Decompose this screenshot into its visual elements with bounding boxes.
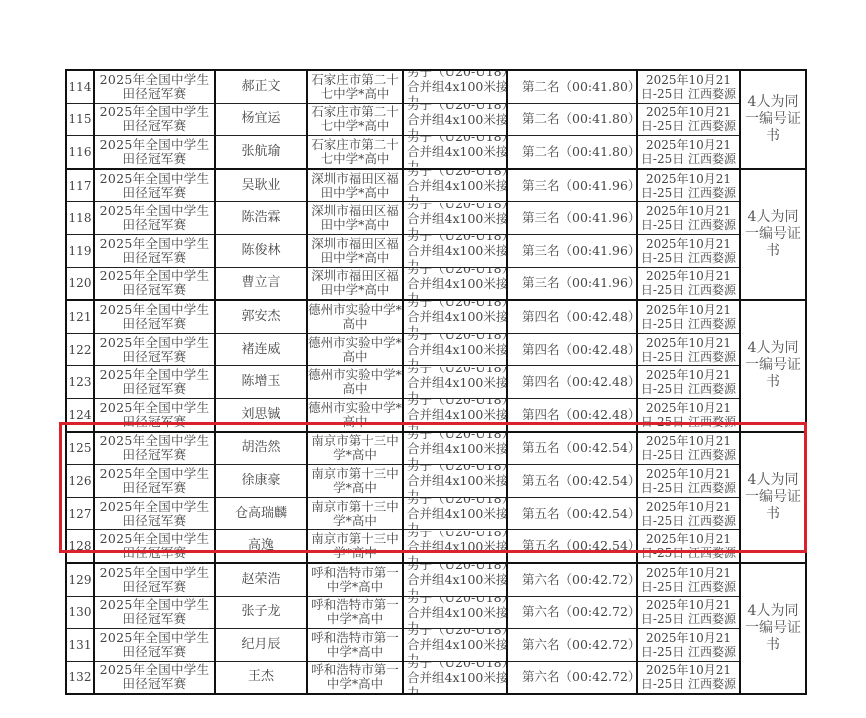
event-text: 男子（U20-U18）合并组4x100米接力 xyxy=(407,170,506,201)
event-line: 合并组4x100米接 xyxy=(407,310,506,324)
table-row: 1172025年全国中学生田径冠军赛吴耿业深圳市福田区福田中学*高中男子（U20… xyxy=(66,169,806,202)
certificate-note: 4人为同一编号证书 xyxy=(740,563,806,694)
event-line: 力 xyxy=(407,621,420,628)
event-text: 男子（U20-U18）合并组4x100米接力 xyxy=(407,433,506,464)
event-cell: 男子（U20-U18）合并组4x100米接力 xyxy=(403,136,507,169)
table-row: 1322025年全国中学生田径冠军赛王杰呼和浩特市第一中学*高中男子（U20-U… xyxy=(66,661,806,694)
event-line: 力 xyxy=(407,457,420,464)
event-line: 男子（U20-U18） xyxy=(407,399,506,407)
event-line: 力 xyxy=(407,522,420,529)
competition-cell: 2025年全国中学生田径冠军赛 xyxy=(94,300,215,333)
event-line: 力 xyxy=(407,588,420,595)
table-row: 1272025年全国中学生田径冠军赛仓高瑞麟南京市第十三中学*高中男子（U20-… xyxy=(66,497,806,530)
event-line: 合并组4x100米接 xyxy=(407,474,506,488)
rank-result: 第二名（00:41.80） xyxy=(507,103,637,136)
event-text: 男子（U20-U18）合并组4x100米接力 xyxy=(407,564,506,595)
certificate-note: 4人为同一编号证书 xyxy=(740,432,806,563)
school-cell: 德州市实验中学*高中 xyxy=(307,366,403,399)
date-place: 2025年10月21日-25日 江西婺源 xyxy=(637,366,740,399)
event-cell: 男子（U20-U18）合并组4x100米接力 xyxy=(403,596,507,629)
school-cell: 呼和浩特市第一中学*高中 xyxy=(307,563,403,596)
row-index: 125 xyxy=(66,432,94,465)
event-line: 男子（U20-U18） xyxy=(407,235,506,243)
results-table-body: 1142025年全国中学生田径冠军赛郝正文石家庄市第二十七中学*高中男子（U20… xyxy=(66,70,806,694)
rank-result: 第六名（00:42.72） xyxy=(507,629,637,662)
table-row: 1192025年全国中学生田径冠军赛陈俊林深圳市福田区福田中学*高中男子（U20… xyxy=(66,234,806,267)
event-line: 男子（U20-U18） xyxy=(407,203,506,211)
school-cell: 南京市第十三中学*高中 xyxy=(307,497,403,530)
rank-result: 第五名（00:42.54） xyxy=(507,465,637,498)
athlete-name: 高逸 xyxy=(215,530,307,563)
school-cell: 南京市第十三中学*高中 xyxy=(307,530,403,563)
event-text: 男子（U20-U18）合并组4x100米接力 xyxy=(407,203,506,234)
event-text: 男子（U20-U18）合并组4x100米接力 xyxy=(407,367,506,398)
date-place: 2025年10月21日-25日 江西婺源 xyxy=(637,333,740,366)
row-index: 122 xyxy=(66,333,94,366)
rank-result: 第二名（00:41.80） xyxy=(507,70,637,103)
event-line: 男子（U20-U18） xyxy=(407,367,506,375)
athlete-name: 曹立言 xyxy=(215,267,307,300)
competition-cell: 2025年全国中学生田径冠军赛 xyxy=(94,432,215,465)
table-row: 1302025年全国中学生田径冠军赛张子龙呼和浩特市第一中学*高中男子（U20-… xyxy=(66,596,806,629)
event-line: 合并组4x100米接 xyxy=(407,277,506,291)
event-text: 男子（U20-U18）合并组4x100米接力 xyxy=(407,662,506,693)
school-cell: 深圳市福田区福田中学*高中 xyxy=(307,267,403,300)
event-line: 男子（U20-U18） xyxy=(407,104,506,112)
event-line: 力 xyxy=(407,95,420,102)
table-row: 1252025年全国中学生田径冠军赛胡浩然南京市第十三中学*高中男子（U20-U… xyxy=(66,432,806,465)
row-index: 129 xyxy=(66,563,94,596)
date-place: 2025年10月21日-25日 江西婺源 xyxy=(637,661,740,694)
event-cell: 男子（U20-U18）合并组4x100米接力 xyxy=(403,234,507,267)
event-cell: 男子（U20-U18）合并组4x100米接力 xyxy=(403,661,507,694)
rank-result: 第三名（00:41.96） xyxy=(507,234,637,267)
event-line: 力 xyxy=(407,423,420,430)
event-line: 力 xyxy=(407,555,420,562)
table-row: 1222025年全国中学生田径冠军赛褚连威德州市实验中学*高中男子（U20-U1… xyxy=(66,333,806,366)
table-row: 1142025年全国中学生田径冠军赛郝正文石家庄市第二十七中学*高中男子（U20… xyxy=(66,70,806,103)
school-cell: 呼和浩特市第一中学*高中 xyxy=(307,661,403,694)
competition-cell: 2025年全国中学生田径冠军赛 xyxy=(94,398,215,431)
event-line: 男子（U20-U18） xyxy=(407,597,506,605)
competition-cell: 2025年全国中学生田径冠军赛 xyxy=(94,530,215,563)
rank-result: 第二名（00:41.80） xyxy=(507,136,637,169)
row-index: 119 xyxy=(66,234,94,267)
row-index: 132 xyxy=(66,661,94,694)
athlete-name: 陈浩霖 xyxy=(215,202,307,235)
athlete-name: 赵荣浩 xyxy=(215,563,307,596)
competition-cell: 2025年全国中学生田径冠军赛 xyxy=(94,136,215,169)
date-place: 2025年10月21日-25日 江西婺源 xyxy=(637,432,740,465)
competition-cell: 2025年全国中学生田径冠军赛 xyxy=(94,169,215,202)
school-cell: 南京市第十三中学*高中 xyxy=(307,432,403,465)
athlete-name: 褚连威 xyxy=(215,333,307,366)
school-cell: 石家庄市第二十七中学*高中 xyxy=(307,103,403,136)
rank-result: 第四名（00:42.48） xyxy=(507,366,637,399)
event-line: 力 xyxy=(407,128,420,135)
rank-result: 第三名（00:41.96） xyxy=(507,169,637,202)
competition-cell: 2025年全国中学生田径冠军赛 xyxy=(94,596,215,629)
event-line: 力 xyxy=(407,194,420,201)
event-cell: 男子（U20-U18）合并组4x100米接力 xyxy=(403,398,507,431)
event-line: 力 xyxy=(407,653,420,660)
event-line: 合并组4x100米接 xyxy=(407,343,506,357)
rank-result: 第六名（00:42.72） xyxy=(507,563,637,596)
row-index: 128 xyxy=(66,530,94,563)
row-index: 131 xyxy=(66,629,94,662)
event-line: 力 xyxy=(407,325,420,332)
athlete-name: 王杰 xyxy=(215,661,307,694)
row-index: 114 xyxy=(66,70,94,103)
event-cell: 男子（U20-U18）合并组4x100米接力 xyxy=(403,300,507,333)
event-line: 合并组4x100米接 xyxy=(407,80,506,94)
athlete-name: 张航瑜 xyxy=(215,136,307,169)
event-line: 力 xyxy=(407,259,420,266)
row-index: 126 xyxy=(66,465,94,498)
event-line: 合并组4x100米接 xyxy=(407,113,506,127)
school-cell: 深圳市福田区福田中学*高中 xyxy=(307,234,403,267)
event-cell: 男子（U20-U18）合并组4x100米接力 xyxy=(403,629,507,662)
event-text: 男子（U20-U18）合并组4x100米接力 xyxy=(407,399,506,430)
athlete-name: 刘思铖 xyxy=(215,398,307,431)
event-line: 男子（U20-U18） xyxy=(407,268,506,276)
rank-result: 第六名（00:42.72） xyxy=(507,661,637,694)
date-place: 2025年10月21日-25日 江西婺源 xyxy=(637,136,740,169)
table-row: 1242025年全国中学生田径冠军赛刘思铖德州市实验中学*高中男子（U20-U1… xyxy=(66,398,806,431)
competition-cell: 2025年全国中学生田径冠军赛 xyxy=(94,465,215,498)
table-row: 1182025年全国中学生田径冠军赛陈浩霖深圳市福田区福田中学*高中男子（U20… xyxy=(66,202,806,235)
row-index: 117 xyxy=(66,169,94,202)
competition-cell: 2025年全国中学生田径冠军赛 xyxy=(94,333,215,366)
event-line: 合并组4x100米接 xyxy=(407,408,506,422)
event-line: 男子（U20-U18） xyxy=(407,136,506,144)
athlete-name: 陈增玉 xyxy=(215,366,307,399)
competition-cell: 2025年全国中学生田径冠军赛 xyxy=(94,234,215,267)
rank-result: 第四名（00:42.48） xyxy=(507,300,637,333)
event-line: 男子（U20-U18） xyxy=(407,465,506,473)
event-line: 男子（U20-U18） xyxy=(407,170,506,178)
row-index: 130 xyxy=(66,596,94,629)
rank-result: 第五名（00:42.54） xyxy=(507,530,637,563)
competition-cell: 2025年全国中学生田径冠军赛 xyxy=(94,366,215,399)
event-cell: 男子（U20-U18）合并组4x100米接力 xyxy=(403,432,507,465)
school-cell: 石家庄市第二十七中学*高中 xyxy=(307,70,403,103)
date-place: 2025年10月21日-25日 江西婺源 xyxy=(637,70,740,103)
table-row: 1212025年全国中学生田径冠军赛郭安杰德州市实验中学*高中男子（U20-U1… xyxy=(66,300,806,333)
event-text: 男子（U20-U18）合并组4x100米接力 xyxy=(407,301,506,332)
table-row: 1282025年全国中学生田径冠军赛高逸南京市第十三中学*高中男子（U20-U1… xyxy=(66,530,806,563)
event-cell: 男子（U20-U18）合并组4x100米接力 xyxy=(403,202,507,235)
rank-result: 第三名（00:41.96） xyxy=(507,267,637,300)
row-index: 124 xyxy=(66,398,94,431)
certificate-note: 4人为同一编号证书 xyxy=(740,169,806,300)
rank-result: 第三名（00:41.96） xyxy=(507,202,637,235)
event-line: 力 xyxy=(407,391,420,398)
event-line: 合并组4x100米接 xyxy=(407,671,506,685)
event-line: 力 xyxy=(407,358,420,365)
date-place: 2025年10月21日-25日 江西婺源 xyxy=(637,267,740,300)
event-line: 男子（U20-U18） xyxy=(407,564,506,572)
row-index: 120 xyxy=(66,267,94,300)
school-cell: 德州市实验中学*高中 xyxy=(307,398,403,431)
table-row: 1312025年全国中学生田径冠军赛纪月辰呼和浩特市第一中学*高中男子（U20-… xyxy=(66,629,806,662)
school-cell: 呼和浩特市第一中学*高中 xyxy=(307,629,403,662)
event-line: 合并组4x100米接 xyxy=(407,606,506,620)
competition-cell: 2025年全国中学生田径冠军赛 xyxy=(94,497,215,530)
event-line: 力 xyxy=(407,292,420,299)
rank-result: 第四名（00:42.48） xyxy=(507,333,637,366)
table-row: 1292025年全国中学生田径冠军赛赵荣浩呼和浩特市第一中学*高中男子（U20-… xyxy=(66,563,806,596)
event-cell: 男子（U20-U18）合并组4x100米接力 xyxy=(403,70,507,103)
date-place: 2025年10月21日-25日 江西婺源 xyxy=(637,103,740,136)
event-line: 合并组4x100米接 xyxy=(407,638,506,652)
athlete-name: 徐康豪 xyxy=(215,465,307,498)
event-line: 男子（U20-U18） xyxy=(407,629,506,637)
row-index: 118 xyxy=(66,202,94,235)
athlete-name: 郭安杰 xyxy=(215,300,307,333)
event-line: 合并组4x100米接 xyxy=(407,212,506,226)
event-text: 男子（U20-U18）合并组4x100米接力 xyxy=(407,465,506,496)
table-row: 1162025年全国中学生田径冠军赛张航瑜石家庄市第二十七中学*高中男子（U20… xyxy=(66,136,806,169)
table-row: 1152025年全国中学生田径冠军赛杨宜运石家庄市第二十七中学*高中男子（U20… xyxy=(66,103,806,136)
school-cell: 深圳市福田区福田中学*高中 xyxy=(307,169,403,202)
event-cell: 男子（U20-U18）合并组4x100米接力 xyxy=(403,267,507,300)
certificate-note: 4人为同一编号证书 xyxy=(740,300,806,431)
event-line: 合并组4x100米接 xyxy=(407,573,506,587)
table-row: 1262025年全国中学生田径冠军赛徐康豪南京市第十三中学*高中男子（U20-U… xyxy=(66,465,806,498)
school-cell: 石家庄市第二十七中学*高中 xyxy=(307,136,403,169)
event-cell: 男子（U20-U18）合并组4x100米接力 xyxy=(403,563,507,596)
event-line: 力 xyxy=(407,160,420,167)
date-place: 2025年10月21日-25日 江西婺源 xyxy=(637,563,740,596)
row-index: 116 xyxy=(66,136,94,169)
event-text: 男子（U20-U18）合并组4x100米接力 xyxy=(407,136,506,167)
event-line: 合并组4x100米接 xyxy=(407,442,506,456)
event-line: 合并组4x100米接 xyxy=(407,507,506,521)
rank-result: 第五名（00:42.54） xyxy=(507,432,637,465)
athlete-name: 郝正文 xyxy=(215,70,307,103)
event-cell: 男子（U20-U18）合并组4x100米接力 xyxy=(403,333,507,366)
school-cell: 德州市实验中学*高中 xyxy=(307,333,403,366)
table-row: 1232025年全国中学生田径冠军赛陈增玉德州市实验中学*高中男子（U20-U1… xyxy=(66,366,806,399)
event-text: 男子（U20-U18）合并组4x100米接力 xyxy=(407,71,506,102)
event-cell: 男子（U20-U18）合并组4x100米接力 xyxy=(403,169,507,202)
date-place: 2025年10月21日-25日 江西婺源 xyxy=(637,234,740,267)
athlete-name: 杨宜运 xyxy=(215,103,307,136)
event-cell: 男子（U20-U18）合并组4x100米接力 xyxy=(403,465,507,498)
event-cell: 男子（U20-U18）合并组4x100米接力 xyxy=(403,530,507,563)
event-line: 男子（U20-U18） xyxy=(407,531,506,539)
event-text: 男子（U20-U18）合并组4x100米接力 xyxy=(407,629,506,660)
date-place: 2025年10月21日-25日 江西婺源 xyxy=(637,398,740,431)
event-text: 男子（U20-U18）合并组4x100米接力 xyxy=(407,334,506,365)
school-cell: 深圳市福田区福田中学*高中 xyxy=(307,202,403,235)
athlete-name: 仓高瑞麟 xyxy=(215,497,307,530)
date-place: 2025年10月21日-25日 江西婺源 xyxy=(637,596,740,629)
event-line: 男子（U20-U18） xyxy=(407,334,506,342)
event-line: 男子（U20-U18） xyxy=(407,433,506,441)
row-index: 123 xyxy=(66,366,94,399)
certificate-note: 4人为同一编号证书 xyxy=(740,70,806,169)
competition-cell: 2025年全国中学生田径冠军赛 xyxy=(94,629,215,662)
event-line: 力 xyxy=(407,227,420,234)
event-cell: 男子（U20-U18）合并组4x100米接力 xyxy=(403,497,507,530)
event-line: 合并组4x100米接 xyxy=(407,540,506,554)
date-place: 2025年10月21日-25日 江西婺源 xyxy=(637,465,740,498)
date-place: 2025年10月21日-25日 江西婺源 xyxy=(637,169,740,202)
event-line: 力 xyxy=(407,686,420,693)
event-text: 男子（U20-U18）合并组4x100米接力 xyxy=(407,531,506,562)
athlete-name: 胡浩然 xyxy=(215,432,307,465)
event-text: 男子（U20-U18）合并组4x100米接力 xyxy=(407,104,506,135)
competition-cell: 2025年全国中学生田径冠军赛 xyxy=(94,70,215,103)
rank-result: 第五名（00:42.54） xyxy=(507,497,637,530)
event-line: 男子（U20-U18） xyxy=(407,662,506,670)
results-table: 1142025年全国中学生田径冠军赛郝正文石家庄市第二十七中学*高中男子（U20… xyxy=(65,69,807,695)
date-place: 2025年10月21日-25日 江西婺源 xyxy=(637,202,740,235)
date-place: 2025年10月21日-25日 江西婺源 xyxy=(637,530,740,563)
competition-cell: 2025年全国中学生田径冠军赛 xyxy=(94,563,215,596)
event-cell: 男子（U20-U18）合并组4x100米接力 xyxy=(403,103,507,136)
table-row: 1202025年全国中学生田径冠军赛曹立言深圳市福田区福田中学*高中男子（U20… xyxy=(66,267,806,300)
event-line: 合并组4x100米接 xyxy=(407,145,506,159)
event-text: 男子（U20-U18）合并组4x100米接力 xyxy=(407,597,506,628)
rank-result: 第六名（00:42.72） xyxy=(507,596,637,629)
event-cell: 男子（U20-U18）合并组4x100米接力 xyxy=(403,366,507,399)
event-line: 男子（U20-U18） xyxy=(407,71,506,79)
event-line: 男子（U20-U18） xyxy=(407,301,506,309)
event-line: 力 xyxy=(407,489,420,496)
athlete-name: 张子龙 xyxy=(215,596,307,629)
athlete-name: 吴耿业 xyxy=(215,169,307,202)
results-sheet: 1142025年全国中学生田径冠军赛郝正文石家庄市第二十七中学*高中男子（U20… xyxy=(65,69,805,695)
row-index: 127 xyxy=(66,497,94,530)
event-line: 合并组4x100米接 xyxy=(407,244,506,258)
event-text: 男子（U20-U18）合并组4x100米接力 xyxy=(407,235,506,266)
competition-cell: 2025年全国中学生田径冠军赛 xyxy=(94,661,215,694)
competition-cell: 2025年全国中学生田径冠军赛 xyxy=(94,103,215,136)
event-line: 合并组4x100米接 xyxy=(407,376,506,390)
event-line: 合并组4x100米接 xyxy=(407,179,506,193)
rank-result: 第四名（00:42.48） xyxy=(507,398,637,431)
competition-cell: 2025年全国中学生田径冠军赛 xyxy=(94,202,215,235)
athlete-name: 陈俊林 xyxy=(215,234,307,267)
school-cell: 德州市实验中学*高中 xyxy=(307,300,403,333)
date-place: 2025年10月21日-25日 江西婺源 xyxy=(637,300,740,333)
event-line: 男子（U20-U18） xyxy=(407,498,506,506)
school-cell: 呼和浩特市第一中学*高中 xyxy=(307,596,403,629)
event-text: 男子（U20-U18）合并组4x100米接力 xyxy=(407,498,506,529)
athlete-name: 纪月辰 xyxy=(215,629,307,662)
event-text: 男子（U20-U18）合并组4x100米接力 xyxy=(407,268,506,299)
row-index: 121 xyxy=(66,300,94,333)
date-place: 2025年10月21日-25日 江西婺源 xyxy=(637,497,740,530)
competition-cell: 2025年全国中学生田径冠军赛 xyxy=(94,267,215,300)
date-place: 2025年10月21日-25日 江西婺源 xyxy=(637,629,740,662)
row-index: 115 xyxy=(66,103,94,136)
school-cell: 南京市第十三中学*高中 xyxy=(307,465,403,498)
